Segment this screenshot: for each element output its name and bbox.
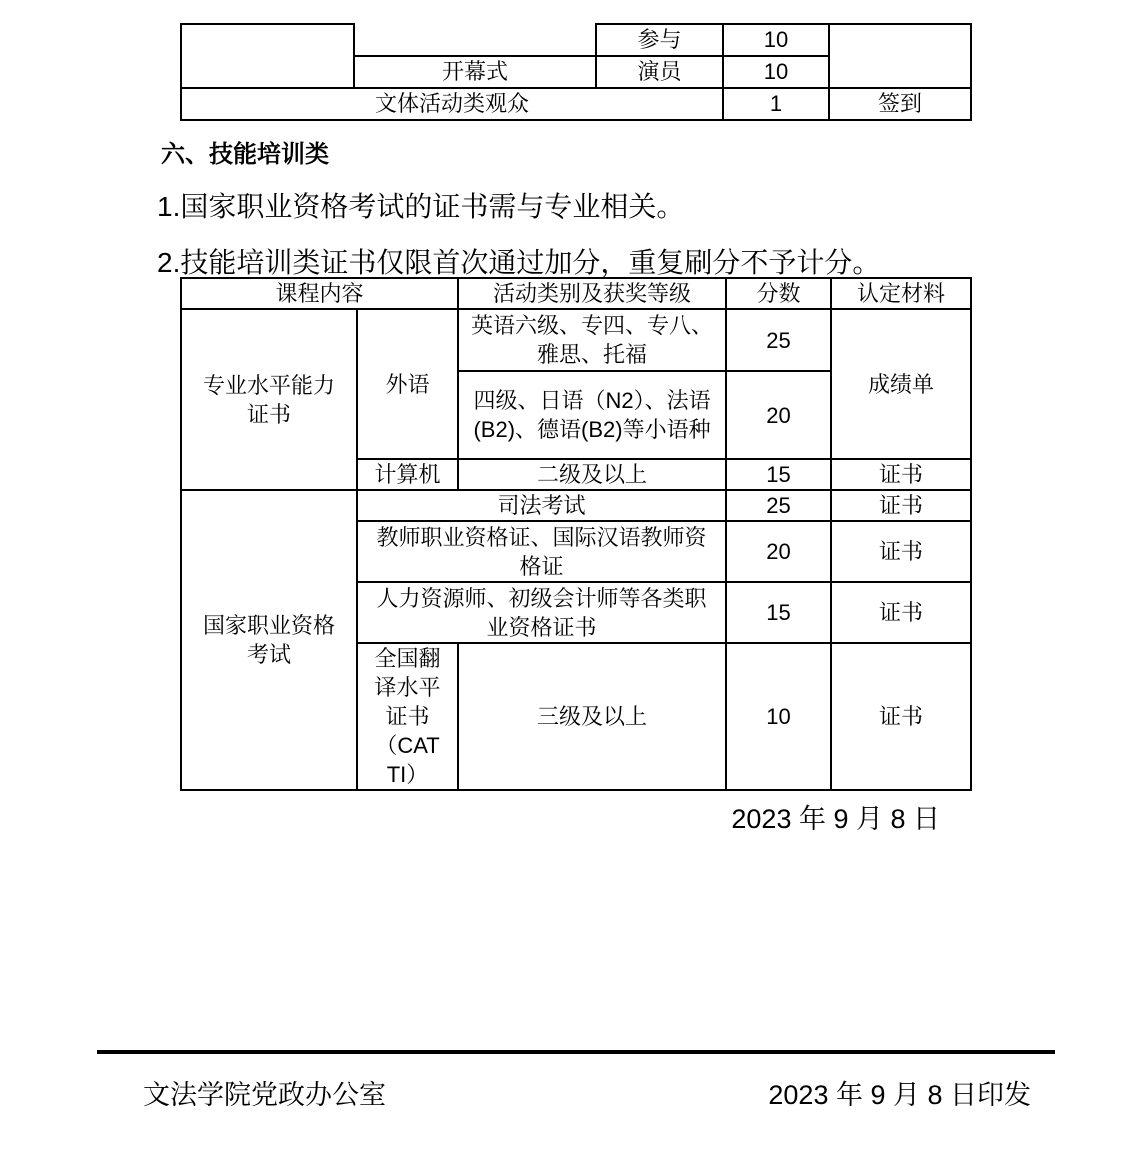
activity-cell: 人力资源师、初级会计师等各类职业资格证书 [357,582,726,643]
score-cell: 10 [726,643,831,790]
subcategory-cell: 计算机 [357,459,458,490]
activity-cell: 四级、日语（N2）、法语(B2)、德语(B2)等小语种 [458,371,726,459]
category-cell: 专业水平能力证书 [181,309,357,490]
footer-issuer: 文法学院党政办公室 [143,1073,386,1112]
table-row: 专业水平能力证书 外语 英语六级、专四、专八、雅思、托福 25 成绩单 [181,309,971,371]
score-cell: 10 [723,56,829,88]
material-cell: 签到 [829,88,971,120]
activity-cell: 司法考试 [357,490,726,521]
score-cell: 25 [726,309,831,371]
table-row: 文体活动类观众 1 签到 [181,88,971,120]
table-row: 参与 10 [181,24,971,56]
header-activity: 活动类别及获奖等级 [458,278,726,309]
activity-cell: 参与 [596,24,723,56]
document-date: 2023 年 9 月 8 日 [540,797,940,836]
score-cell: 15 [726,459,831,490]
empty-cell [354,24,596,56]
footer-divider [97,1050,1055,1054]
activity-cell: 三级及以上 [458,643,726,790]
subcategory-cell: 外语 [357,309,458,459]
activity-cell: 教师职业资格证、国际汉语教师资格证 [357,521,726,582]
empty-cell [181,24,354,88]
header-score: 分数 [726,278,831,309]
material-cell: 证书 [831,521,971,582]
activity-cell: 二级及以上 [458,459,726,490]
material-cell: 成绩单 [831,309,971,459]
score-cell: 15 [726,582,831,643]
score-cell: 1 [723,88,829,120]
score-cell: 10 [723,24,829,56]
material-cell: 证书 [831,582,971,643]
score-cell: 25 [726,490,831,521]
category-cell: 国家职业资格考试 [181,490,357,790]
activity-cell: 英语六级、专四、专八、雅思、托福 [458,309,726,371]
material-cell: 证书 [831,459,971,490]
table-header-row: 课程内容 活动类别及获奖等级 分数 认定材料 [181,278,971,309]
score-cell: 20 [726,371,831,459]
label-cell: 文体活动类观众 [181,88,723,120]
note-2: 2.技能培训类证书仅限首次通过加分，重复刷分不予计分。 [157,241,880,281]
header-material: 认定材料 [831,278,971,309]
material-cell: 证书 [831,643,971,790]
section-heading: 六、技能培训类 [161,134,329,169]
footer-issue-date: 2023 年 9 月 8 日印发 [768,1073,1031,1112]
score-cell: 20 [726,521,831,582]
subcategory-cell: 全国翻译水平证书（CATTI） [357,643,458,790]
document-page: 参与 10 开幕式 演员 10 文体活动类观众 1 签到 六、技能培训类 1.国… [0,0,1148,1170]
role-cell: 演员 [596,56,723,88]
skills-training-table: 课程内容 活动类别及获奖等级 分数 认定材料 专业水平能力证书 外语 英语六级、… [180,277,972,791]
event-cell: 开幕式 [354,56,596,88]
material-cell: 证书 [831,490,971,521]
continued-activity-table: 参与 10 开幕式 演员 10 文体活动类观众 1 签到 [180,23,972,121]
empty-cell [829,24,971,88]
header-course: 课程内容 [181,278,458,309]
table-row: 国家职业资格考试 司法考试 25 证书 [181,490,971,521]
note-1: 1.国家职业资格考试的证书需与专业相关。 [157,185,684,225]
